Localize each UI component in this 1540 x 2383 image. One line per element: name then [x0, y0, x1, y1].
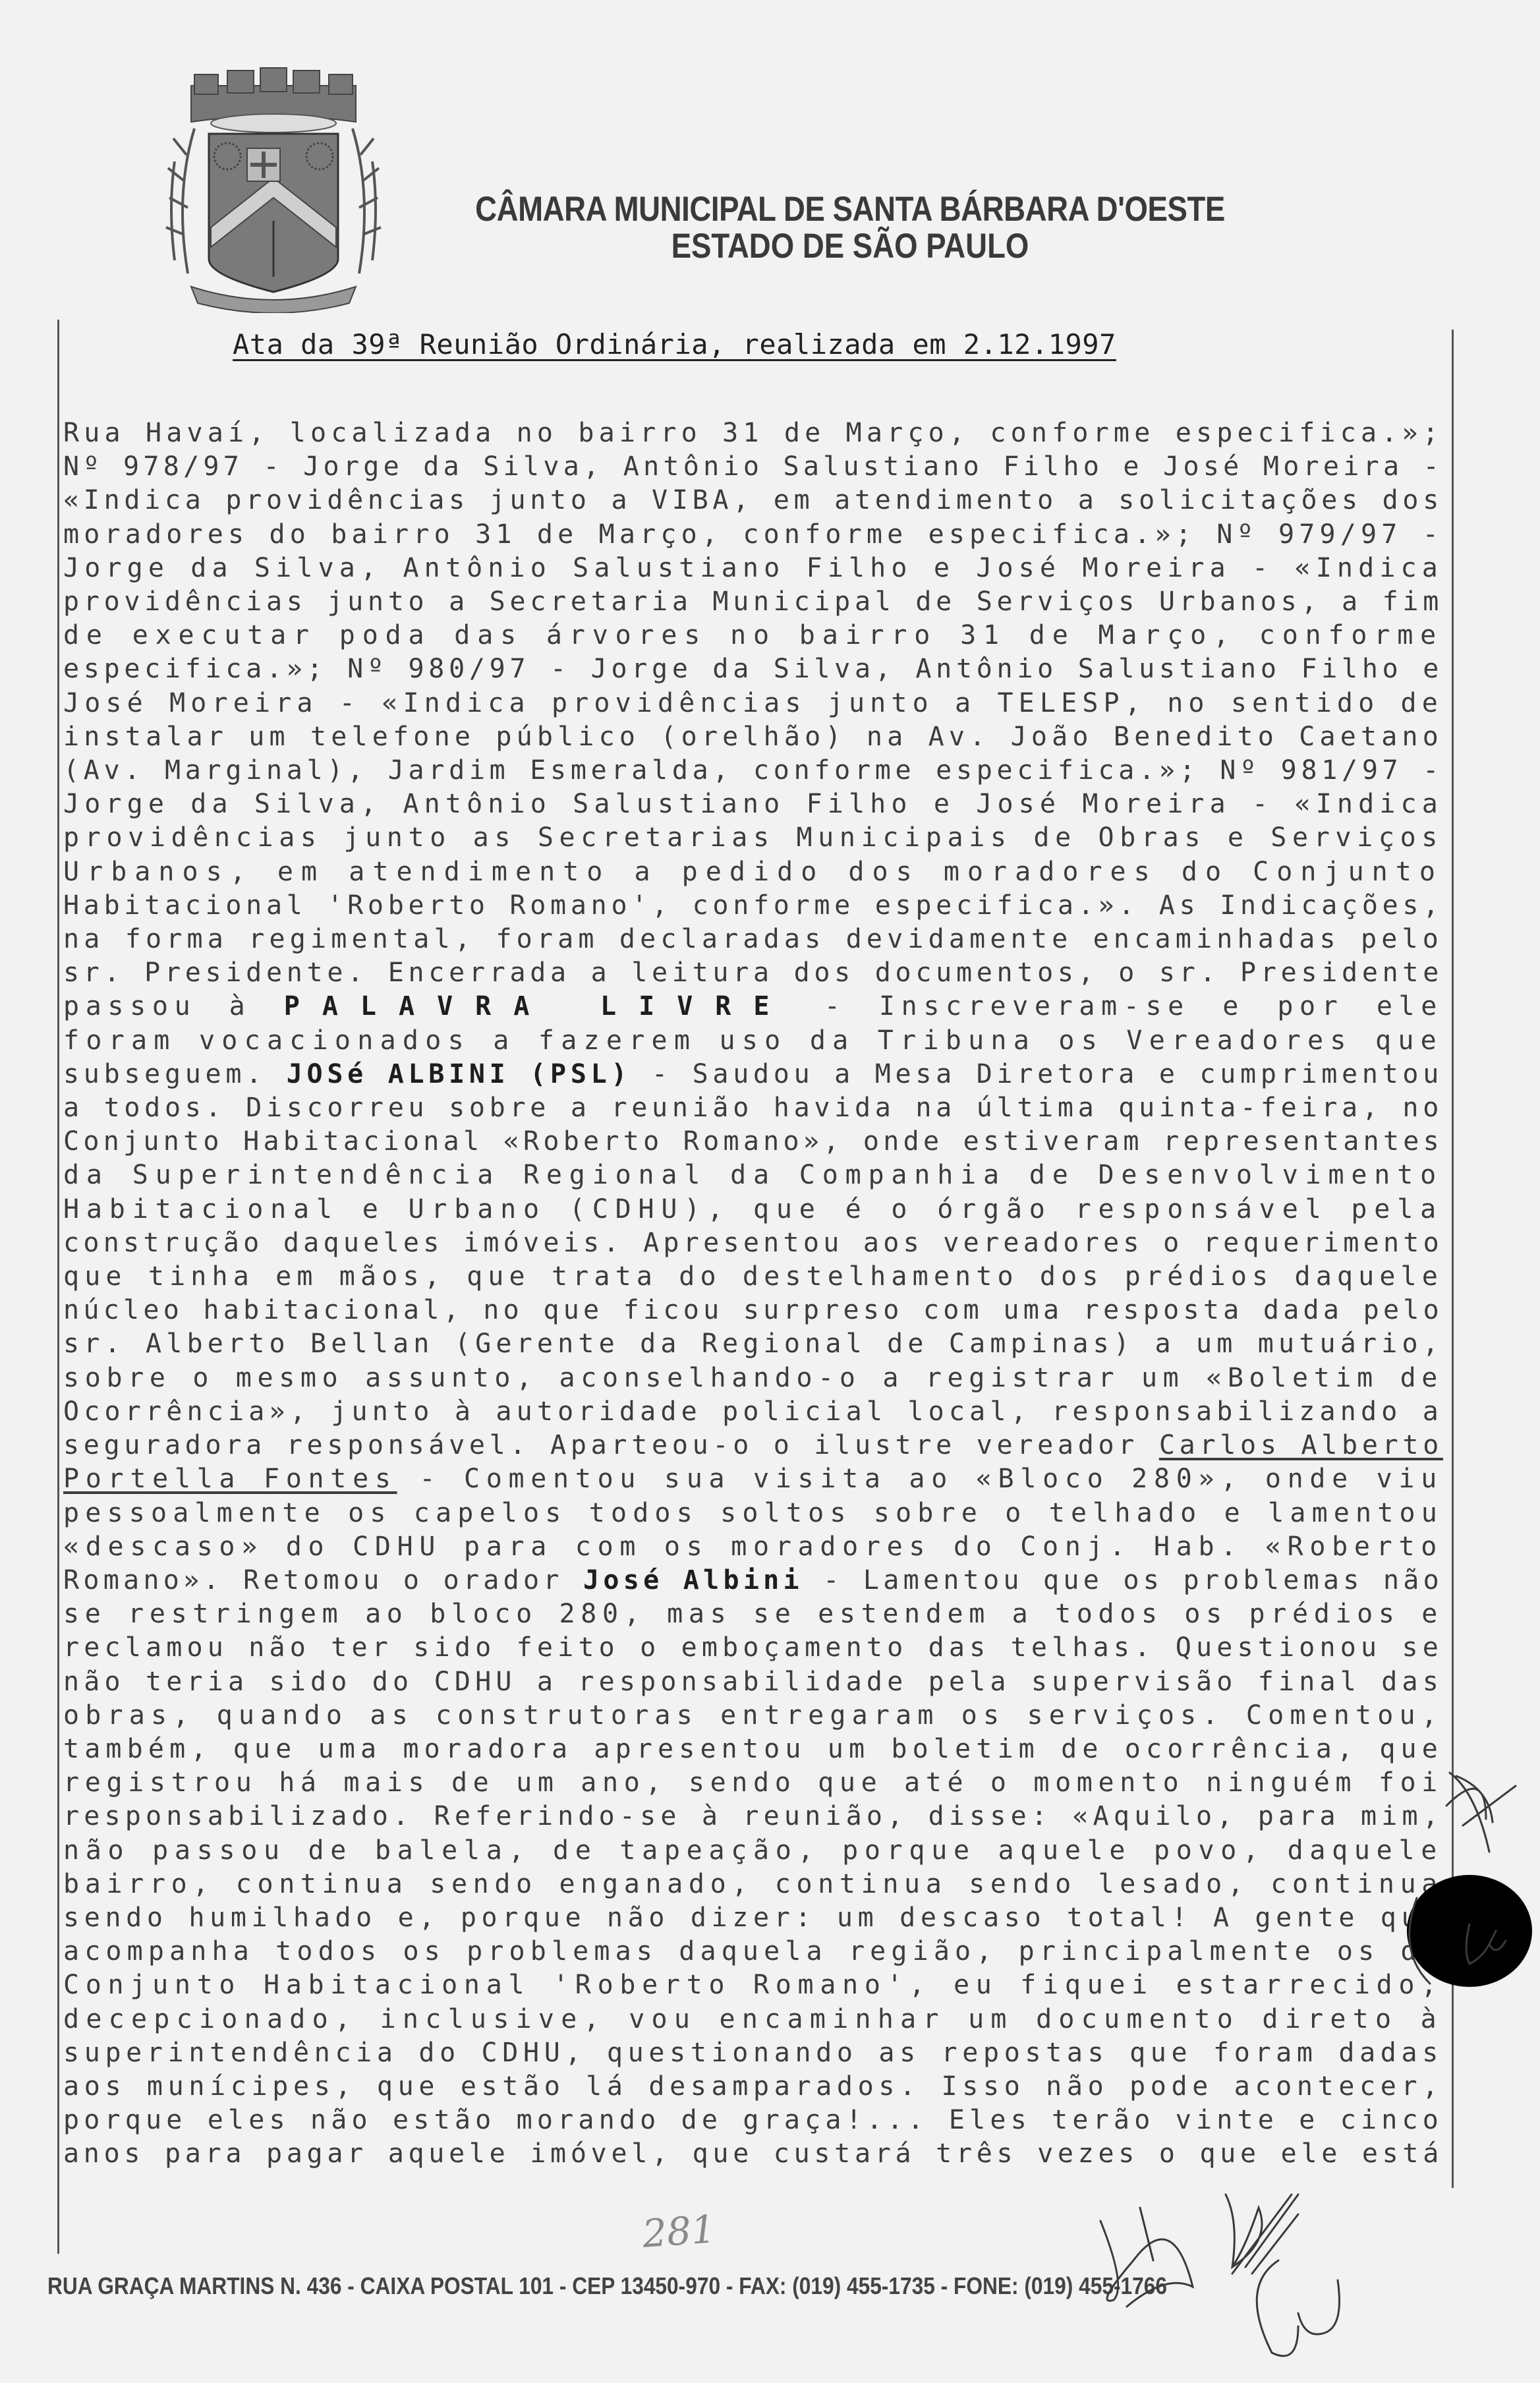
organization-state: ESTADO DE SÃO PAULO — [436, 226, 1264, 266]
body-line: Conjunto Habitacional 'Roberto Romano', … — [63, 1968, 1443, 2002]
text-fragment: - Comentou sua visita ao «Bloco 280», on… — [397, 1464, 1443, 1494]
text-fragment: subseguem. — [63, 1059, 287, 1089]
page-frame-right-border — [1452, 330, 1454, 2188]
body-line: sendo humilhado e, porque não dizer: um … — [63, 1901, 1443, 1935]
speaker-line: subseguem. JOSé ALBINI (PSL) - Saudou a … — [63, 1058, 1443, 1091]
body-line: de executar poda das árvores no bairro 3… — [63, 619, 1443, 652]
body-line: foram vocacionados a fazerem uso da Trib… — [63, 1024, 1443, 1058]
body-line: registrou há mais de um ano, sendo que a… — [63, 1766, 1443, 1800]
body-line: não teria sido do CDHU a responsabilidad… — [63, 1665, 1443, 1699]
handwritten-page-number: 281 — [641, 2206, 717, 2256]
body-line: se restringem ao bloco 280, mas se esten… — [63, 1597, 1443, 1631]
body-line: moradores do bairro 31 de Março, conform… — [63, 518, 1443, 552]
text-fragment: seguradora responsável. Aparteou-o o ilu… — [63, 1430, 1159, 1460]
organization-name: CÂMARA MUNICIPAL DE SANTA BÁRBARA D'OEST… — [436, 189, 1264, 229]
body-line: acompanha todos os problemas daquela reg… — [63, 1935, 1443, 1968]
speaker-line: Romano». Retomou o orador José Albini - … — [63, 1564, 1443, 1597]
body-line: a todos. Discorreu sobre a reunião havid… — [63, 1091, 1443, 1125]
text-fragment: Romano». Retomou o orador — [63, 1565, 583, 1595]
text-fragment: passou à — [63, 991, 284, 1021]
body-line: que tinha em mãos, que trata do destelha… — [63, 1260, 1443, 1294]
text-fragment: - Inscreveram-se e por ele — [791, 991, 1443, 1021]
body-line: na forma regimental, foram declaradas de… — [63, 923, 1443, 956]
minutes-body: Rua Havaí, localizada no bairro 31 de Ma… — [63, 416, 1443, 2171]
body-line: porque eles não estão morando de graça!.… — [63, 2104, 1443, 2137]
body-line: obras, quando as construtoras entregaram… — [63, 1699, 1443, 1733]
body-line: decepcionado, inclusive, vou encaminhar … — [63, 2003, 1443, 2036]
body-line: sr. Presidente. Encerrada a leitura dos … — [63, 956, 1443, 990]
body-line: instalar um telefone público (orelhão) n… — [63, 720, 1443, 754]
body-line: aos munícipes, que estão lá desamparados… — [63, 2070, 1443, 2104]
body-line: «Indica providências junto a VIBA, em at… — [63, 484, 1443, 517]
handwritten-initials-icon — [1443, 1766, 1529, 1858]
body-line: Jorge da Silva, Antônio Salustiano Filho… — [63, 552, 1443, 585]
page-frame-left-border — [57, 320, 59, 2254]
palavra-livre-line: passou à PALAVRA LIVRE - Inscreveram-se … — [63, 990, 1443, 1023]
body-line: sr. Alberto Bellan (Gerente da Regional … — [63, 1327, 1443, 1361]
body-line: anos para pagar aquele imóvel, que custa… — [63, 2137, 1443, 2171]
body-line: providências junto as Secretarias Munici… — [63, 821, 1443, 855]
aparte-line-2: Portella Fontes - Comentou sua visita ao… — [63, 1462, 1443, 1496]
aparte-speaker-name-cont: Portella Fontes — [63, 1464, 397, 1494]
body-line: especifica.»; Nº 980/97 - Jorge da Silva… — [63, 652, 1443, 686]
body-line: «descaso» do CDHU para com os moradores … — [63, 1530, 1443, 1564]
body-line: construção daqueles imóveis. Apresentou … — [63, 1226, 1443, 1260]
body-line: Urbanos, em atendimento a pedido dos mor… — [63, 855, 1443, 889]
body-line: providências junto a Secretaria Municipa… — [63, 585, 1443, 619]
body-line: Ocorrência», junto à autoridade policial… — [63, 1395, 1443, 1429]
body-line: (Av. Marginal), Jardim Esmeralda, confor… — [63, 754, 1443, 788]
footer-address: RUA GRAÇA MARTINS N. 436 - CAIXA POSTAL … — [47, 2272, 1346, 2300]
body-line: pessoalmente os capelos todos soltos sob… — [63, 1497, 1443, 1530]
document-title: Ata da 39ª Reunião Ordinária, realizada … — [233, 328, 1116, 360]
aparte-line: seguradora responsável. Aparteou-o o ilu… — [63, 1429, 1443, 1462]
body-line: José Moreira - «Indica providências junt… — [63, 687, 1443, 720]
speaker-name: José Albini — [583, 1565, 803, 1595]
body-line: núcleo habitacional, no que ficou surpre… — [63, 1294, 1443, 1327]
body-line: sobre o mesmo assunto, aconselhando-o a … — [63, 1362, 1443, 1395]
body-line: Conjunto Habitacional «Roberto Romano», … — [63, 1125, 1443, 1159]
text-fragment: - Lamentou que os problemas não — [803, 1565, 1443, 1595]
body-line: também, que uma moradora apresentou um b… — [63, 1733, 1443, 1766]
body-line: não passou de balela, de tapeação, porqu… — [63, 1834, 1443, 1868]
aparte-speaker-name: Carlos Alberto — [1159, 1430, 1443, 1460]
body-line: Nº 978/97 - Jorge da Silva, Antônio Salu… — [63, 450, 1443, 484]
body-line: superintendência do CDHU, questionando a… — [63, 2036, 1443, 2070]
body-line: Habitacional e Urbano (CDHU), que é o ór… — [63, 1193, 1443, 1226]
body-line: Habitacional 'Roberto Romano', conforme … — [63, 889, 1443, 923]
body-line: bairro, continua sendo enganado, continu… — [63, 1868, 1443, 1901]
text-fragment: - Saudou a Mesa Diretora e cumprimentou — [631, 1059, 1443, 1089]
body-line: reclamou não ter sido feito o emboçament… — [63, 1631, 1443, 1665]
speaker-name: JOSé ALBINI (PSL) — [287, 1059, 632, 1089]
body-line: Jorge da Silva, Antônio Salustiano Filho… — [63, 788, 1443, 821]
municipal-coat-of-arms-icon — [148, 63, 399, 313]
section-heading-palavra-livre: PALAVRA LIVRE — [284, 991, 792, 1021]
body-line: Rua Havaí, localizada no bairro 31 de Ma… — [63, 416, 1443, 450]
body-line: da Superintendência Regional da Companhi… — [63, 1159, 1443, 1192]
body-line: responsabilizado. Referindo-se à reunião… — [63, 1800, 1443, 1833]
